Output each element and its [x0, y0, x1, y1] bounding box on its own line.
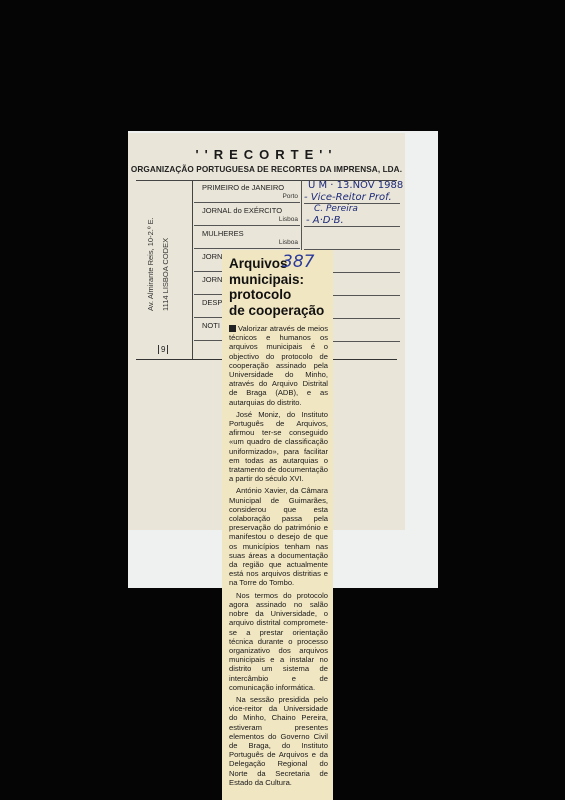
paragraph: Valorizar através de meios técnicos e hu…: [229, 324, 328, 407]
slip-address-line1: Av. Almirante Reis, 10-2.º E.: [146, 217, 155, 311]
publication-row: PRIMEIRO de JANEIRO Porto: [194, 180, 300, 203]
publication-name: JORNAL do EXÉRCITO: [202, 206, 282, 215]
slip-address-line2: 1114 LISBOA CODEX: [161, 238, 170, 311]
publication-name: PRIMEIRO de JANEIRO: [202, 183, 284, 192]
publication-name: JORN: [202, 252, 222, 261]
publication-row: MULHERES Lisboa: [194, 226, 300, 249]
publication-city: Lisboa: [279, 239, 298, 246]
headline-line: de cooperação: [229, 303, 324, 319]
article-body: Valorizar através de meios técnicos e hu…: [229, 324, 328, 790]
headline-line: municipais:: [229, 272, 324, 288]
paragraph: José Moniz, do Instituto Português de Ar…: [229, 410, 328, 484]
handwritten-number: 387: [282, 252, 314, 272]
paragraph-text: Valorizar através de meios técnicos e hu…: [229, 324, 328, 407]
paragraph: Nos termos do protocolo agora assinado n…: [229, 591, 328, 692]
bullet-square-icon: [229, 325, 236, 332]
divider: [304, 226, 400, 227]
slip-organization: ORGANIZAÇÃO PORTUGUESA DE RECORTES DA IM…: [128, 165, 405, 174]
publication-city: Porto: [282, 193, 298, 200]
divider: [301, 180, 302, 255]
newspaper-clipping: Arquivos municipais: protocolo de cooper…: [222, 250, 333, 800]
publication-row: JORNAL do EXÉRCITO Lisboa: [194, 203, 300, 226]
publication-city: Lisboa: [279, 216, 298, 223]
handwritten-note: - A·D·B.: [306, 215, 344, 226]
paragraph: Na sessão presidida pelo vice-reitor da …: [229, 695, 328, 787]
handwritten-note: C. Pereira: [314, 204, 358, 214]
handwritten-note: - Vice-Reitor Prof.: [304, 192, 392, 203]
handwritten-date: U M · 13.NOV 1988: [308, 180, 403, 191]
publication-name: JORN: [202, 275, 222, 284]
divider: [192, 180, 193, 359]
page-number: 9: [158, 345, 168, 354]
publication-name: MULHERES: [202, 229, 244, 238]
publication-name: DESP: [202, 298, 222, 307]
slip-title: ''RECORTE'': [128, 147, 405, 162]
publication-name: NOTI: [202, 321, 220, 330]
headline-line: protocolo: [229, 287, 324, 303]
paragraph: António Xavier, da Câmara Municipal de G…: [229, 486, 328, 587]
